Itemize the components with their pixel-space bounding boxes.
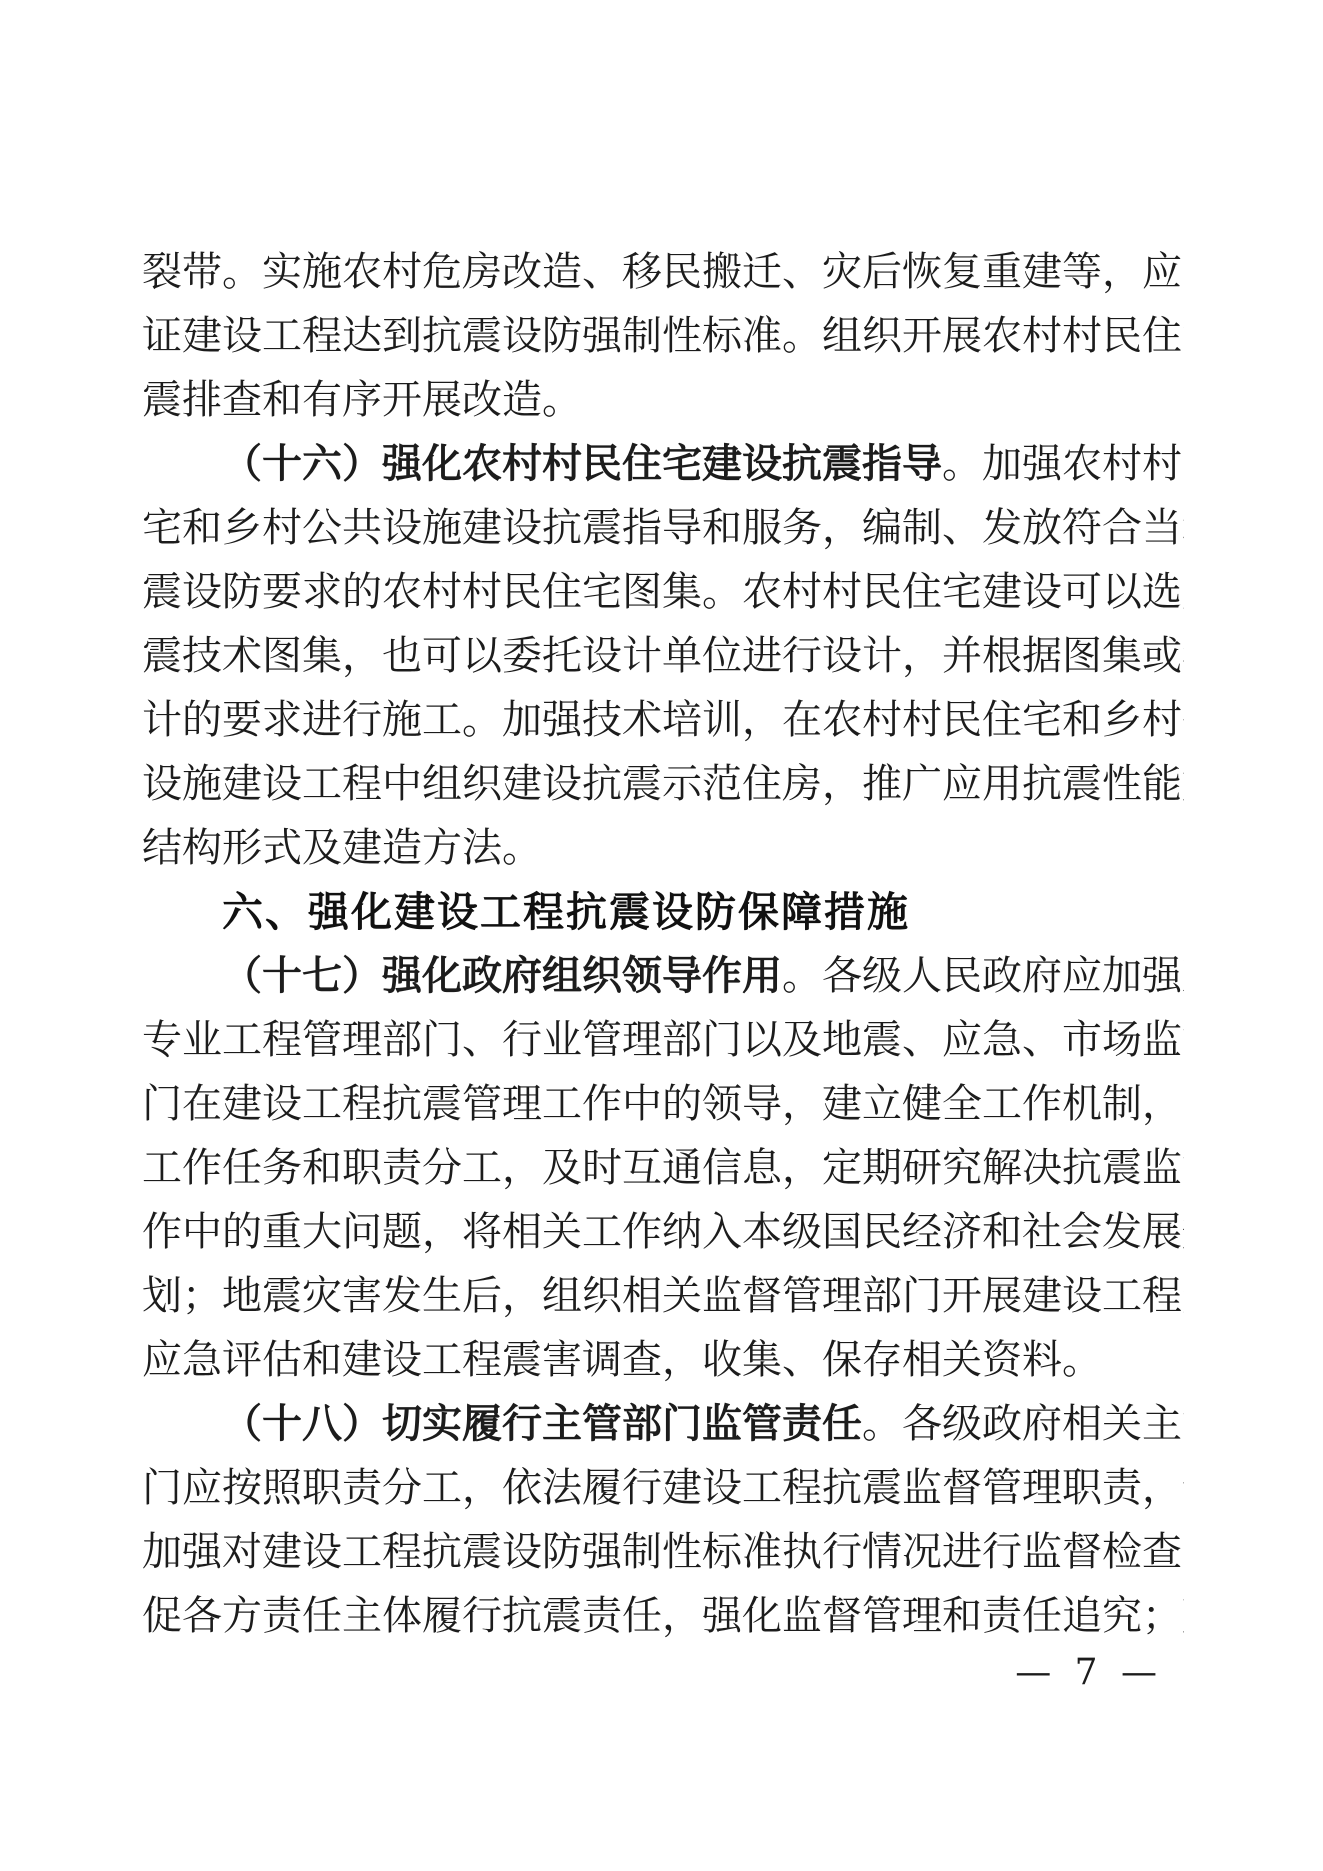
text-line: （十八）切实履行主管部门监管责任。各级政府相关主管部 [142,1392,1184,1456]
text-line: 应急评估和建设工程震害调查，收集、保存相关资料。 [142,1328,1184,1392]
document-page: 裂带。实施农村危房改造、移民搬迁、灾后恢复重建等，应当保 证建设工程达到抗震设防… [0,0,1323,1871]
text-line: 宅和乡村公共设施建设抗震指导和服务，编制、发放符合当地抗 [142,496,1184,560]
text-line: 划；地震灾害发生后，组织相关监督管理部门开展建设工程安全 [142,1264,1184,1328]
text-line: 门在建设工程抗震管理工作中的领导，建立健全工作机制，明确 [142,1072,1184,1136]
text-line: 计的要求进行施工。加强技术培训，在农村村民住宅和乡村公共 [142,688,1184,752]
paragraph-text: 。加强农村村民住 [942,441,1184,487]
text-line: 裂带。实施农村危房改造、移民搬迁、灾后恢复重建等，应当保 [142,240,1184,304]
document-body: 裂带。实施农村危房改造、移民搬迁、灾后恢复重建等，应当保 证建设工程达到抗震设防… [142,240,1184,1648]
page-number: — 7 — [1015,1652,1163,1693]
text-line: 结构形式及建造方法。 [142,816,1184,880]
text-line: 门应按照职责分工，依法履行建设工程抗震监督管理职责，切实 [142,1456,1184,1520]
paragraph-text: 。各级人民政府应加强对各 [782,953,1184,999]
text-line: 震技术图集，也可以委托设计单位进行设计，并根据图集或者设 [142,624,1184,688]
text-line: 震排查和有序开展改造。 [142,368,1184,432]
paragraph-lead: （十六）强化农村村民住宅建设抗震指导 [222,440,942,487]
text-line: 证建设工程达到抗震设防强制性标准。组织开展农村村民住宅抗 [142,304,1184,368]
text-line: 设施建设工程中组织建设抗震示范住房，推广应用抗震性能好的 [142,752,1184,816]
section-heading: 六、强化建设工程抗震设防保障措施 [142,880,1184,944]
text-line: 促各方责任主体履行抗震责任，强化监督管理和责任追究；建立 [142,1584,1184,1648]
text-line: （十七）强化政府组织领导作用。各级人民政府应加强对各 [142,944,1184,1008]
text-line: 专业工程管理部门、行业管理部门以及地震、应急、市场监管部 [142,1008,1184,1072]
paragraph-text: 。各级政府相关主管部 [862,1401,1184,1447]
paragraph-lead: （十七）强化政府组织领导作用 [222,952,782,999]
text-line: 加强对建设工程抗震设防强制性标准执行情况进行监督检查，督 [142,1520,1184,1584]
paragraph-lead: （十八）切实履行主管部门监管责任 [222,1400,862,1447]
text-line: 工作任务和职责分工，及时互通信息，定期研究解决抗震监管工 [142,1136,1184,1200]
text-line: 作中的重大问题，将相关工作纳入本级国民经济和社会发展规 [142,1200,1184,1264]
text-line: （十六）强化农村村民住宅建设抗震指导。加强农村村民住 [142,432,1184,496]
text-line: 震设防要求的农村村民住宅图集。农村村民住宅建设可以选用抗 [142,560,1184,624]
